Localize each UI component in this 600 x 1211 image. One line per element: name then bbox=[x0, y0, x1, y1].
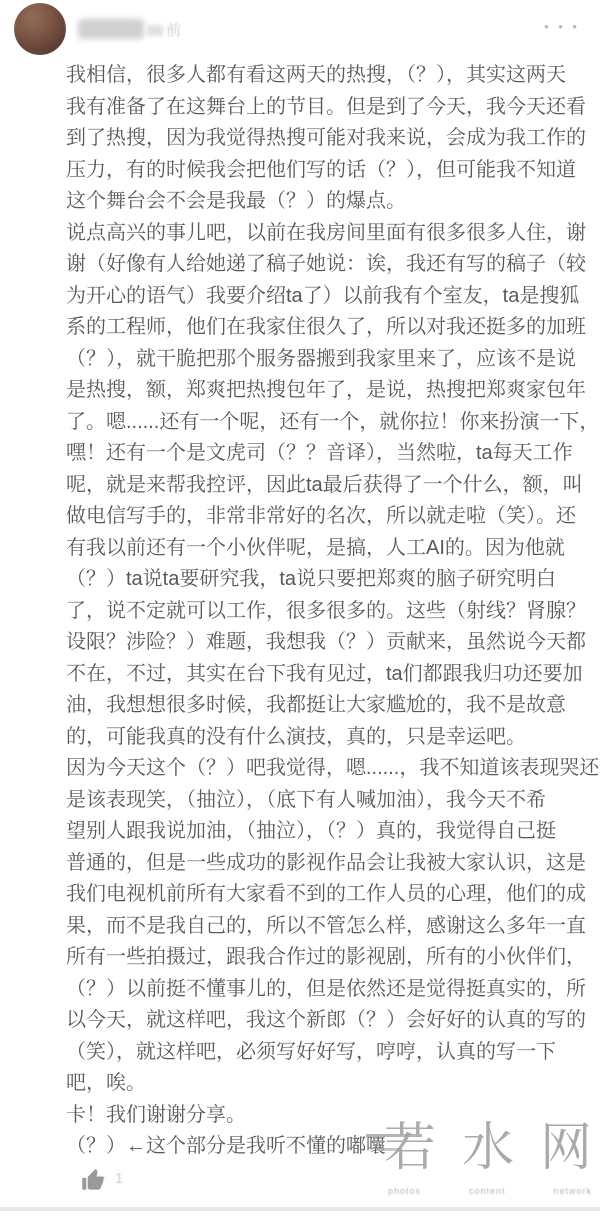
timestamp-smudge bbox=[147, 25, 163, 36]
post-text-paragraph: 我相信，很多人都有看这两天的热搜，（？），其实这两天 我有准备了在这舞台上的节目… bbox=[66, 60, 600, 218]
watermark-text: 若水网 bbox=[384, 1118, 596, 1178]
post-body: 我相信，很多人都有看这两天的热搜，（？），其实这两天 我有准备了在这舞台上的节目… bbox=[66, 60, 600, 1163]
like-count: 1 bbox=[115, 1170, 123, 1187]
username-redacted[interactable] bbox=[78, 19, 144, 39]
watermark-subword: network bbox=[553, 1186, 592, 1196]
avatar-image bbox=[14, 3, 66, 55]
like-button[interactable]: 1 bbox=[80, 1166, 123, 1193]
more-options-button[interactable]: • • • bbox=[544, 20, 580, 34]
section-divider bbox=[0, 1207, 600, 1211]
avatar[interactable] bbox=[14, 3, 66, 55]
watermark: 若水网 photos content network bbox=[384, 1118, 596, 1196]
watermark-subtext: photos content network bbox=[384, 1186, 596, 1196]
post-timestamp: 前 bbox=[166, 19, 181, 40]
watermark-subword: photos bbox=[388, 1186, 421, 1196]
watermark-subword: content bbox=[469, 1186, 506, 1196]
thumbs-up-icon bbox=[80, 1166, 107, 1193]
post-text-paragraph: 因为今天这个（？）吧我觉得，嗯......，我不知道该表现哭还 是该表现笑，（抽… bbox=[66, 753, 600, 1100]
post-text-paragraph: 说点高兴的事儿吧，以前在我房间里面有很多很多人住，谢 谢（好像有人给她递了稿子她… bbox=[66, 218, 600, 754]
post: 前 • • • 我相信，很多人都有看这两天的热搜，（？），其实这两天 我有准备了… bbox=[0, 0, 600, 1211]
